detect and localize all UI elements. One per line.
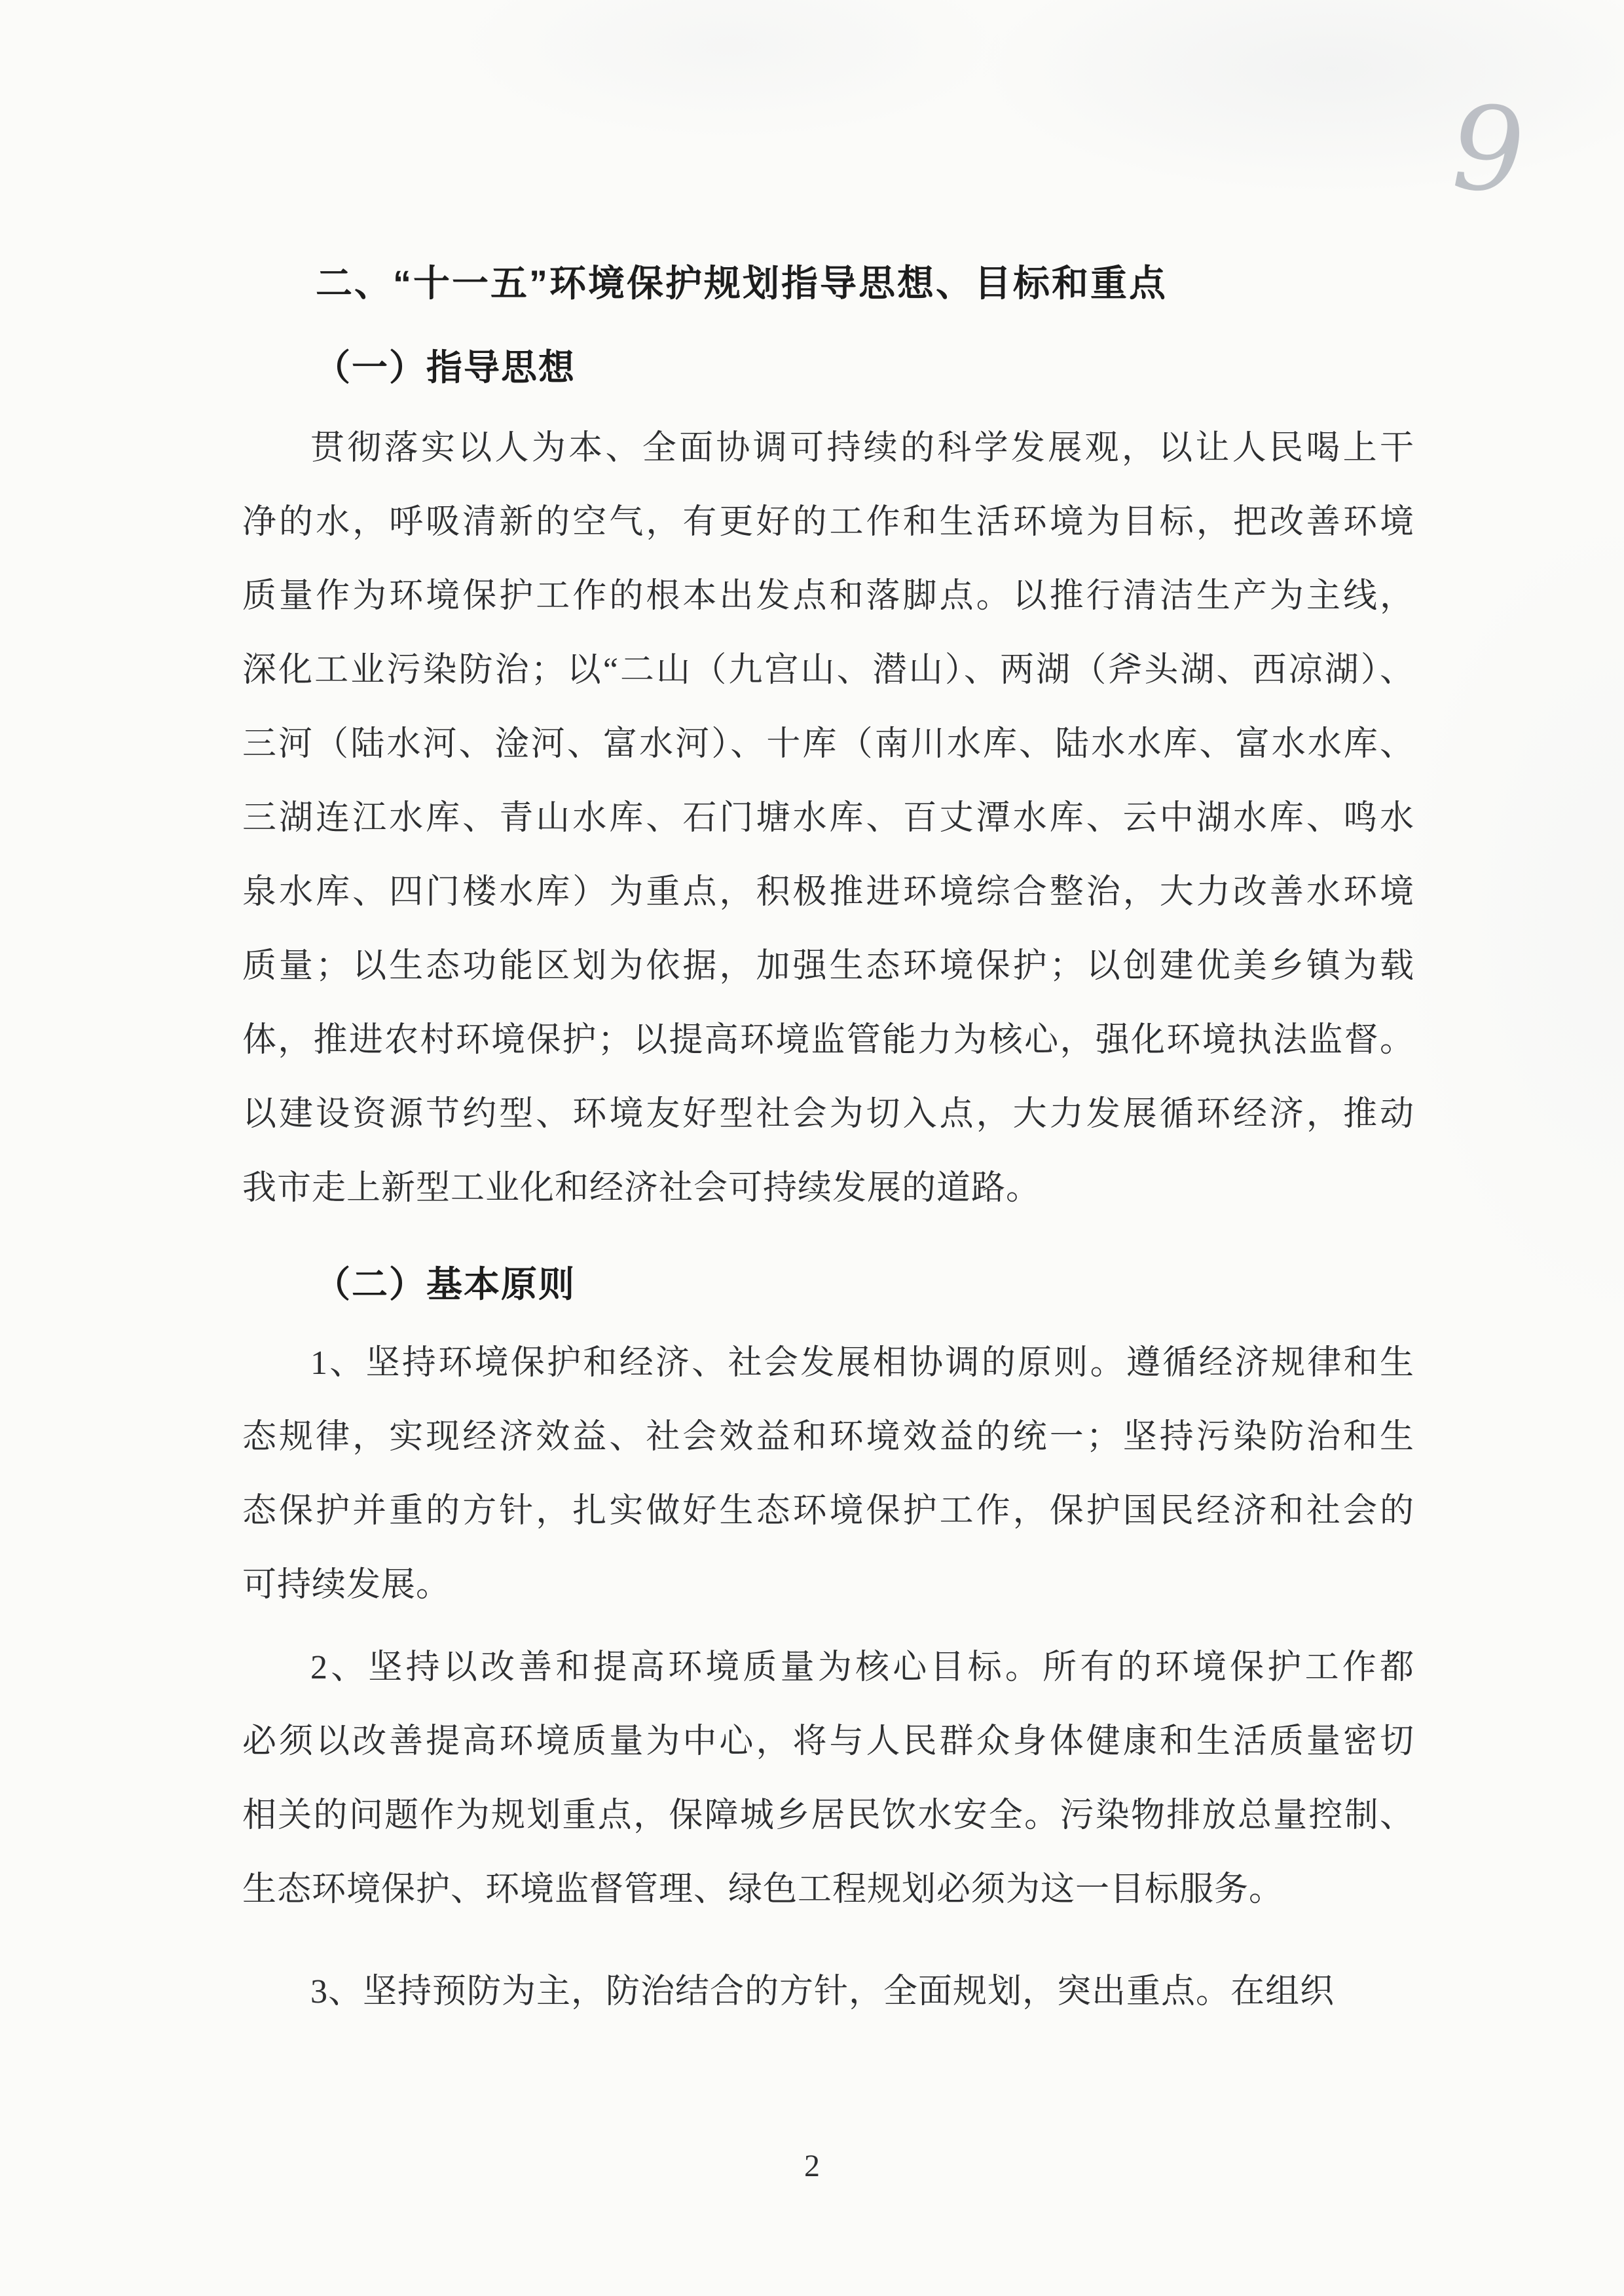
- section: （二）基本原则1、坚持环境保护和经济、社会发展相协调的原则。遵循经济规律和生态规…: [242, 1248, 1414, 2029]
- text-line: 体，推进农村环境保护；以提高环境监管能力为核心，强化环境执法监督。: [242, 1003, 1414, 1077]
- section-heading: （一）指导思想: [242, 331, 1414, 405]
- text-line: 质量；以生态功能区划为依据，加强生态环境保护；以创建优美乡镇为载: [242, 929, 1414, 1003]
- document-title: 二、“十一五”环境保护规划指导思想、目标和重点: [242, 261, 1434, 306]
- section-heading: （二）基本原则: [242, 1248, 1414, 1322]
- text-line: 3、坚持预防为主，防治结合的方针，全面规划，突出重点。在组织: [242, 1955, 1414, 2029]
- text-line: 必须以改善提高环境质量为中心，将与人民群众身体健康和生活质量密切: [242, 1705, 1414, 1779]
- section: （一）指导思想贯彻落实以人为本、全面协调可持续的科学发展观，以让人民喝上干净的水…: [242, 331, 1414, 1225]
- text-line: 生态环境保护、环境监督管理、绿色工程规划必须为这一目标服务。: [242, 1853, 1414, 1927]
- text-line: 可持续发展。: [242, 1548, 1414, 1622]
- text-line: 我市走上新型工业化和经济社会可持续发展的道路。: [242, 1151, 1414, 1225]
- text-line: 态规律，实现经济效益、社会效益和环境效益的统一；坚持污染防治和生: [242, 1400, 1414, 1474]
- scanned-document-page: 9 二、“十一五”环境保护规划指导思想、目标和重点 （一）指导思想贯彻落实以人为…: [0, 0, 1624, 2296]
- text-line: 净的水，呼吸清新的空气，有更好的工作和生活环境为目标，把改善环境: [242, 485, 1414, 559]
- text-line: 泉水库、四门楼水库）为重点，积极推进环境综合整治，大力改善水环境: [242, 855, 1414, 929]
- document-body: （一）指导思想贯彻落实以人为本、全面协调可持续的科学发展观，以让人民喝上干净的水…: [242, 331, 1414, 2029]
- text-line: 相关的问题作为规划重点，保障城乡居民饮水安全。污染物排放总量控制、: [242, 1779, 1414, 1853]
- text-line: 2、坚持以改善和提高环境质量为核心目标。所有的环境保护工作都: [242, 1631, 1414, 1705]
- paragraph: 2、坚持以改善和提高环境质量为核心目标。所有的环境保护工作都必须以改善提高环境质…: [242, 1631, 1414, 1927]
- text-line: 态保护并重的方针，扎实做好生态环境保护工作，保护国民经济和社会的: [242, 1474, 1414, 1548]
- text-line: 三湖连江水库、青山水库、石门塘水库、百丈潭水库、云中湖水库、鸣水: [242, 781, 1414, 855]
- paragraph: 贯彻落实以人为本、全面协调可持续的科学发展观，以让人民喝上干净的水，呼吸清新的空…: [242, 411, 1414, 1225]
- text-line: 三河（陆水河、淦河、富水河）、十库（南川水库、陆水水库、富水水库、: [242, 707, 1414, 781]
- text-line: 深化工业污染防治；以“二山（九宫山、潜山）、两湖（斧头湖、西凉湖）、: [242, 633, 1414, 707]
- text-line: 质量作为环境保护工作的根本出发点和落脚点。以推行清洁生产为主线，: [242, 559, 1414, 633]
- text-line: 1、坚持环境保护和经济、社会发展相协调的原则。遵循经济规律和生: [242, 1326, 1414, 1400]
- paragraph: 1、坚持环境保护和经济、社会发展相协调的原则。遵循经济规律和生态规律，实现经济效…: [242, 1326, 1414, 1622]
- handwritten-page-mark: 9: [1439, 89, 1536, 211]
- paragraph: 3、坚持预防为主，防治结合的方针，全面规划，突出重点。在组织: [242, 1955, 1414, 2029]
- text-line: 以建设资源节约型、环境友好型社会为切入点，大力发展循环经济，推动: [242, 1077, 1414, 1151]
- text-line: 贯彻落实以人为本、全面协调可持续的科学发展观，以让人民喝上干: [242, 411, 1414, 485]
- page-number: 2: [0, 2147, 1624, 2186]
